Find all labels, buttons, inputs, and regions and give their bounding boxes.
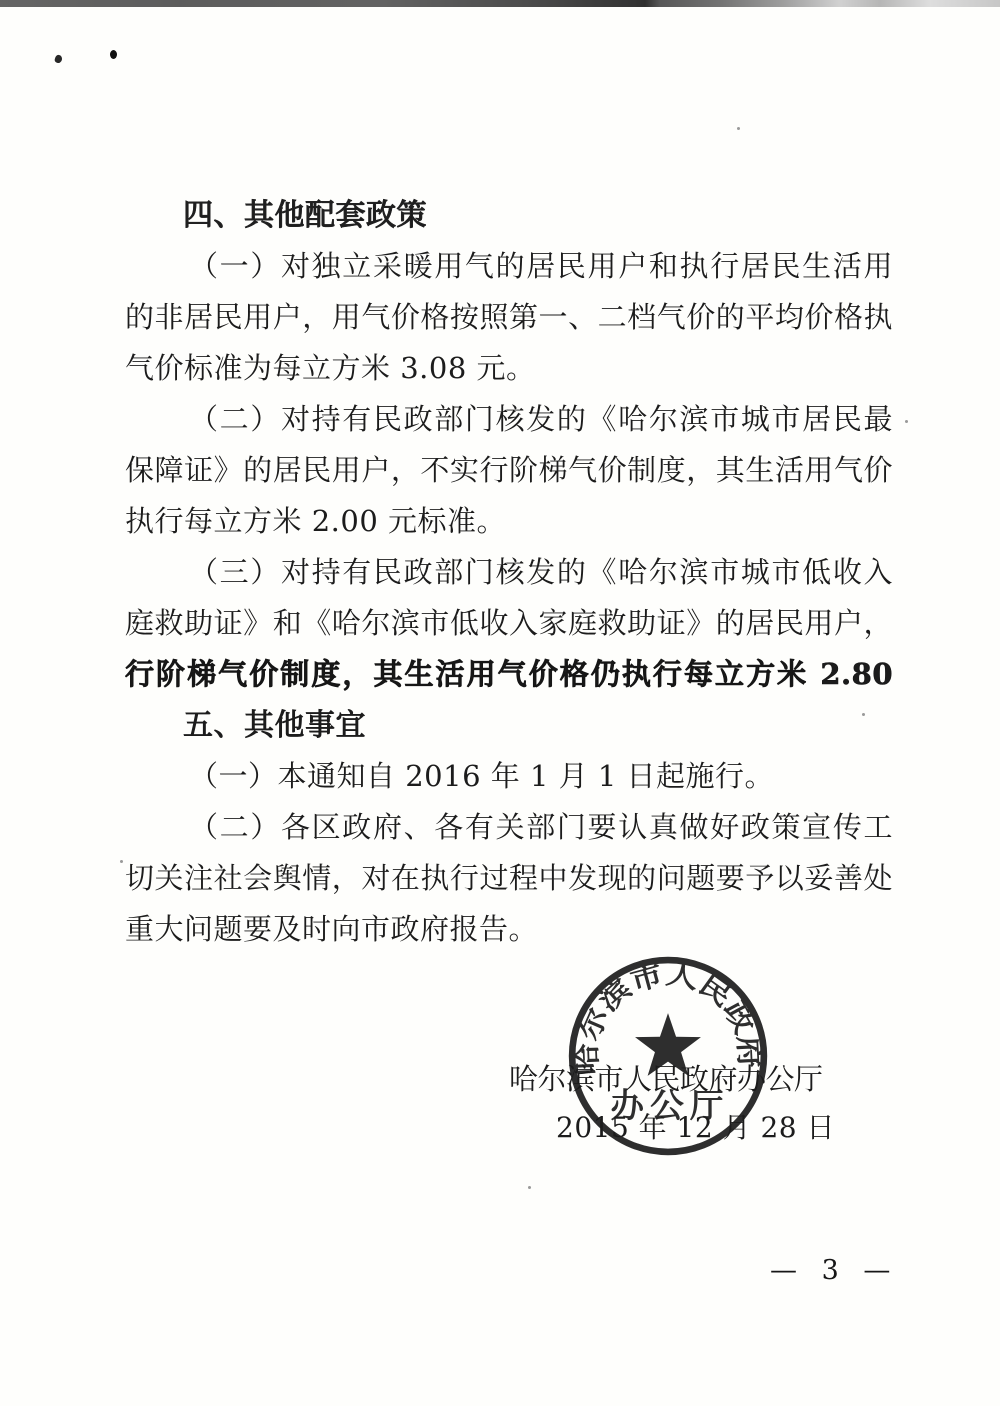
section-heading-4: 四、其他配套政策 [125, 190, 893, 241]
paragraph-2-line-3: 执行每立方米 2.00 元标准。 [125, 496, 893, 547]
document-page: 四、其他配套政策 （一）对独立采暖用气的居民用户和执行居民生活用气价格 的非居民… [0, 0, 1000, 1406]
paragraph-2-line-1: （二）对持有民政部门核发的《哈尔滨市城市居民最低生活 [125, 394, 893, 445]
issuer-signature: 哈尔滨市人民政府办公厅 [509, 1057, 823, 1098]
scan-speck [110, 50, 117, 59]
section-heading-5: 五、其他事宜 [125, 700, 893, 751]
paragraph-3-line-1: （三）对持有民政部门核发的《哈尔滨市城市低收入困难家 [125, 547, 893, 598]
scan-artifact-top-strip [0, 0, 1000, 7]
scan-speck [120, 860, 123, 863]
paragraph-2-line-2: 保障证》的居民用户，不实行阶梯气价制度，其生活用气价格仍 [125, 445, 893, 496]
paragraph-3-line-2: 庭救助证》和《哈尔滨市低收入家庭救助证》的居民用户，不实 [125, 598, 893, 649]
scan-speck [528, 1186, 531, 1189]
paragraph-3-line-3: 行阶梯气价制度，其生活用气价格仍执行每立方米 2.80 元标准。 [125, 649, 893, 700]
paragraph-5-line-3: 重大问题要及时向市政府报告。 [125, 904, 893, 955]
page-number: — 3 — [770, 1255, 892, 1286]
issue-date: 2015 年 12 月 28 日 [556, 1106, 835, 1146]
scan-speck [737, 127, 740, 130]
paragraph-5-line-2: 切关注社会舆情，对在执行过程中发现的问题要予以妥善处理， [125, 853, 893, 904]
paragraph-1-line-2: 的非居民用户，用气价格按照第一、二档气价的平均价格执行， [125, 292, 893, 343]
paragraph-1-line-1: （一）对独立采暖用气的居民用户和执行居民生活用气价格 [125, 241, 893, 292]
scan-speck [54, 54, 63, 64]
document-body: 四、其他配套政策 （一）对独立采暖用气的居民用户和执行居民生活用气价格 的非居民… [125, 190, 893, 955]
paragraph-1-line-3: 气价标准为每立方米 3.08 元。 [125, 343, 893, 394]
paragraph-4-line-1: （一）本通知自 2016 年 1 月 1 日起施行。 [125, 751, 893, 802]
scan-speck [905, 420, 908, 423]
paragraph-5-line-1: （二）各区政府、各有关部门要认真做好政策宣传工作，密 [125, 802, 893, 853]
